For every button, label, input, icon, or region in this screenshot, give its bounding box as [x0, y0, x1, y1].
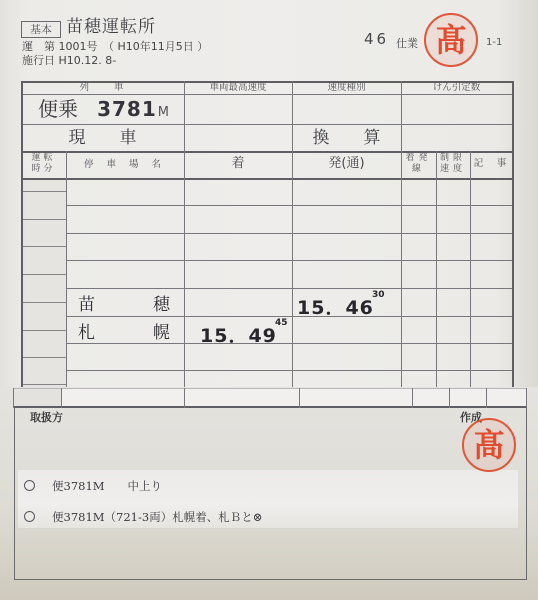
page-number: 1-1: [486, 37, 502, 48]
remark-text: 便3781M（721-3両）札幌着、札Ｂと⊗: [52, 510, 262, 524]
grid-line: [470, 151, 471, 387]
grid-line: [512, 81, 514, 387]
diagram-number-line: 運 第 1001号 （ H10年11月5日 ）: [22, 40, 208, 53]
header-arrive: 着: [184, 156, 292, 172]
header-train: 列 車: [21, 82, 184, 94]
diagram-number-label: 運 第: [22, 40, 55, 53]
running-time-column: [23, 180, 66, 387]
remark-item: 便3781M 中上り: [24, 478, 162, 494]
grid-line: [184, 81, 185, 387]
grid-line: [66, 316, 513, 317]
grid-line: [412, 388, 413, 408]
header-traction-limit: けん引定数: [401, 82, 512, 94]
actual-cars-label: 現 車: [21, 127, 184, 149]
grid-line: [66, 260, 513, 261]
station-name-char1: 苗: [78, 290, 95, 315]
effective-date-line: 施行日 H10.12. 8-: [22, 54, 116, 67]
grid-line: [13, 388, 14, 408]
depart-time: 15．46: [297, 293, 374, 320]
station-name-char2: 穂: [153, 290, 170, 315]
header-track-line2: 線: [401, 164, 436, 175]
grid-line: [66, 151, 67, 387]
header-speed-type: 速度種別: [292, 82, 401, 94]
header-speed-limit: 制限 速度: [436, 153, 470, 175]
arrive-time: 15．49: [200, 321, 277, 348]
grid-line: [436, 151, 437, 387]
grid-line: [21, 94, 513, 95]
remark-item: 便3781M（721-3両）札幌着、札Ｂと⊗: [24, 509, 262, 525]
header-track-line1: 着発: [401, 153, 436, 164]
train-suffix: M: [158, 105, 169, 120]
header-running-time-line1: 運転: [21, 153, 66, 164]
depart-seconds: 30: [372, 290, 385, 300]
arrive-seconds: 45: [275, 318, 288, 328]
grid-line: [184, 388, 185, 408]
header-max-speed: 車両最高速度: [184, 82, 292, 94]
train-type: 便乗: [38, 97, 78, 121]
seal-stamp-icon: 髙: [462, 418, 516, 472]
diagram-number: 1001号 （ H10年11月5日 ）: [59, 40, 209, 53]
converted-label: 換 算: [292, 127, 401, 149]
grid-line: [66, 205, 513, 206]
header-speed-limit-line2: 速度: [436, 164, 470, 175]
strip-fill: [61, 389, 527, 407]
grid-line: [66, 233, 513, 234]
grid-line: [61, 388, 62, 408]
circle-bullet-icon: [24, 480, 35, 491]
grid-line: [21, 178, 513, 180]
circle-bullet-icon: [24, 511, 35, 522]
station-name-char1: 札: [78, 318, 95, 343]
grid-line: [66, 343, 513, 344]
train-id: 便乗 3781M: [38, 97, 169, 125]
header-running-time: 運転 時分: [21, 153, 66, 175]
seal-stamp-icon: 髙: [424, 13, 478, 67]
basic-badge: 基本: [21, 21, 61, 38]
grid-line: [66, 288, 513, 289]
office-title: 苗穂運転所: [66, 17, 156, 37]
header-notes: 記 事: [470, 158, 512, 170]
remark-text: 便3781M 中上り: [52, 479, 162, 493]
train-number: 3781: [97, 97, 157, 121]
grid-line: [486, 388, 487, 408]
grid-line: [299, 388, 300, 408]
effective-date: H10.12. 8-: [59, 54, 117, 67]
header-arr-dep-track: 着発 線: [401, 153, 436, 175]
header-speed-limit-line1: 制限: [436, 153, 470, 164]
grid-line: [526, 388, 527, 408]
spec-label: 仕業: [396, 35, 418, 51]
grid-line: [449, 388, 450, 408]
header-running-time-line2: 時分: [21, 164, 66, 175]
grid-line: [66, 370, 513, 371]
remarks-label: 取扱方: [30, 409, 63, 425]
sheet-number: 46: [364, 30, 389, 48]
station-name-char2: 幌: [153, 318, 170, 343]
paper-edge: [518, 0, 538, 387]
effective-date-label: 施行日: [22, 54, 55, 67]
header-depart: 発(通): [292, 156, 401, 172]
grid-line: [401, 81, 402, 387]
header-stop-station: 停 車 場 名: [66, 158, 184, 172]
